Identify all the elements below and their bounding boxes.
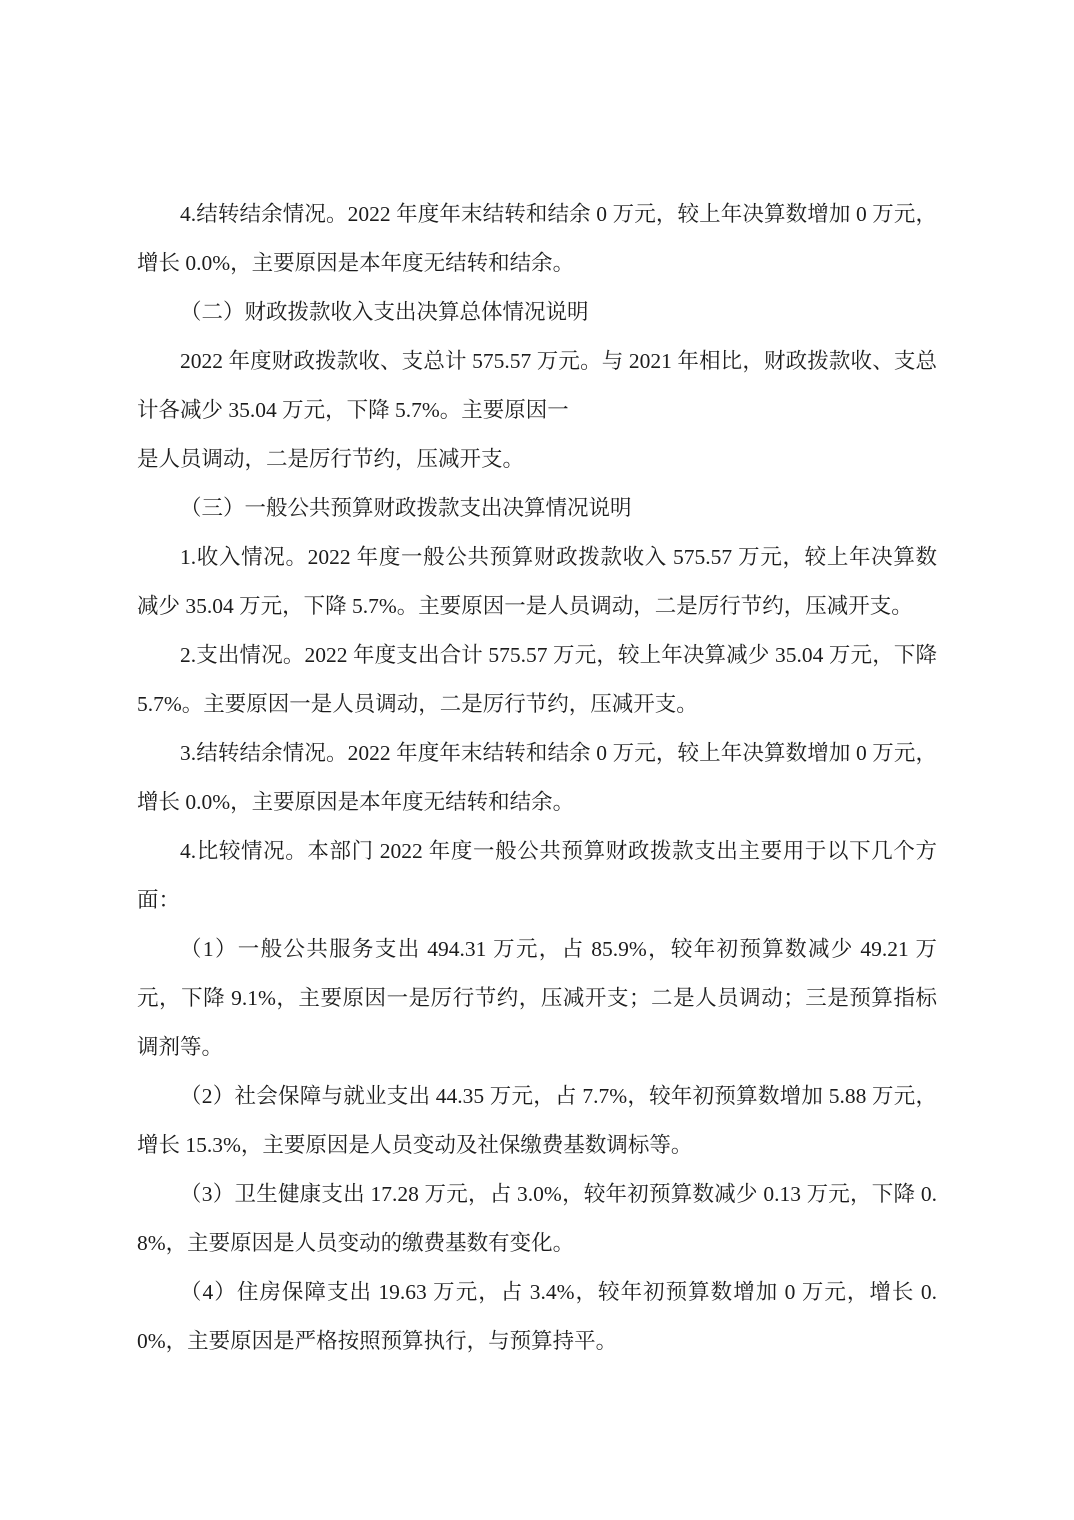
heading-section-3: （三）一般公共预算财政拨款支出决算情况说明 — [137, 484, 937, 533]
heading-section-2: （二）财政拨款收入支出决算总体情况说明 — [137, 288, 937, 337]
paragraph-total-fiscal-cont: 是人员调动，二是厉行节约，压减开支。 — [137, 435, 937, 484]
paragraph-carryover-3: 3.结转结余情况。2022 年度年末结转和结余 0 万元，较上年决算数增加 0 … — [137, 729, 937, 827]
paragraph-total-fiscal: 2022 年度财政拨款收、支总计 575.57 万元。与 2021 年相比，财政… — [137, 337, 937, 435]
paragraph-expenditure: 2.支出情况。2022 年度支出合计 575.57 万元，较上年决算减少 35.… — [137, 631, 937, 729]
paragraph-item-1-public-services: （1）一般公共服务支出 494.31 万元，占 85.9%，较年初预算数减少 4… — [137, 925, 937, 1072]
document-body: 4.结转结余情况。2022 年度年末结转和结余 0 万元，较上年决算数增加 0 … — [137, 190, 937, 1366]
paragraph-item-2-social-security: （2）社会保障与就业支出 44.35 万元，占 7.7%，较年初预算数增加 5.… — [137, 1072, 937, 1170]
paragraph-comparison-intro: 4.比较情况。本部门 2022 年度一般公共预算财政拨款支出主要用于以下几个方面… — [137, 827, 937, 925]
paragraph-carryover-4: 4.结转结余情况。2022 年度年末结转和结余 0 万元，较上年决算数增加 0 … — [137, 190, 937, 288]
paragraph-item-3-health: （3）卫生健康支出 17.28 万元，占 3.0%，较年初预算数减少 0.13 … — [137, 1170, 937, 1268]
document-page: 4.结转结余情况。2022 年度年末结转和结余 0 万元，较上年决算数增加 0 … — [0, 0, 1074, 1520]
paragraph-item-4-housing: （4）住房保障支出 19.63 万元，占 3.4%，较年初预算数增加 0 万元，… — [137, 1268, 937, 1366]
paragraph-income: 1.收入情况。2022 年度一般公共预算财政拨款收入 575.57 万元，较上年… — [137, 533, 937, 631]
